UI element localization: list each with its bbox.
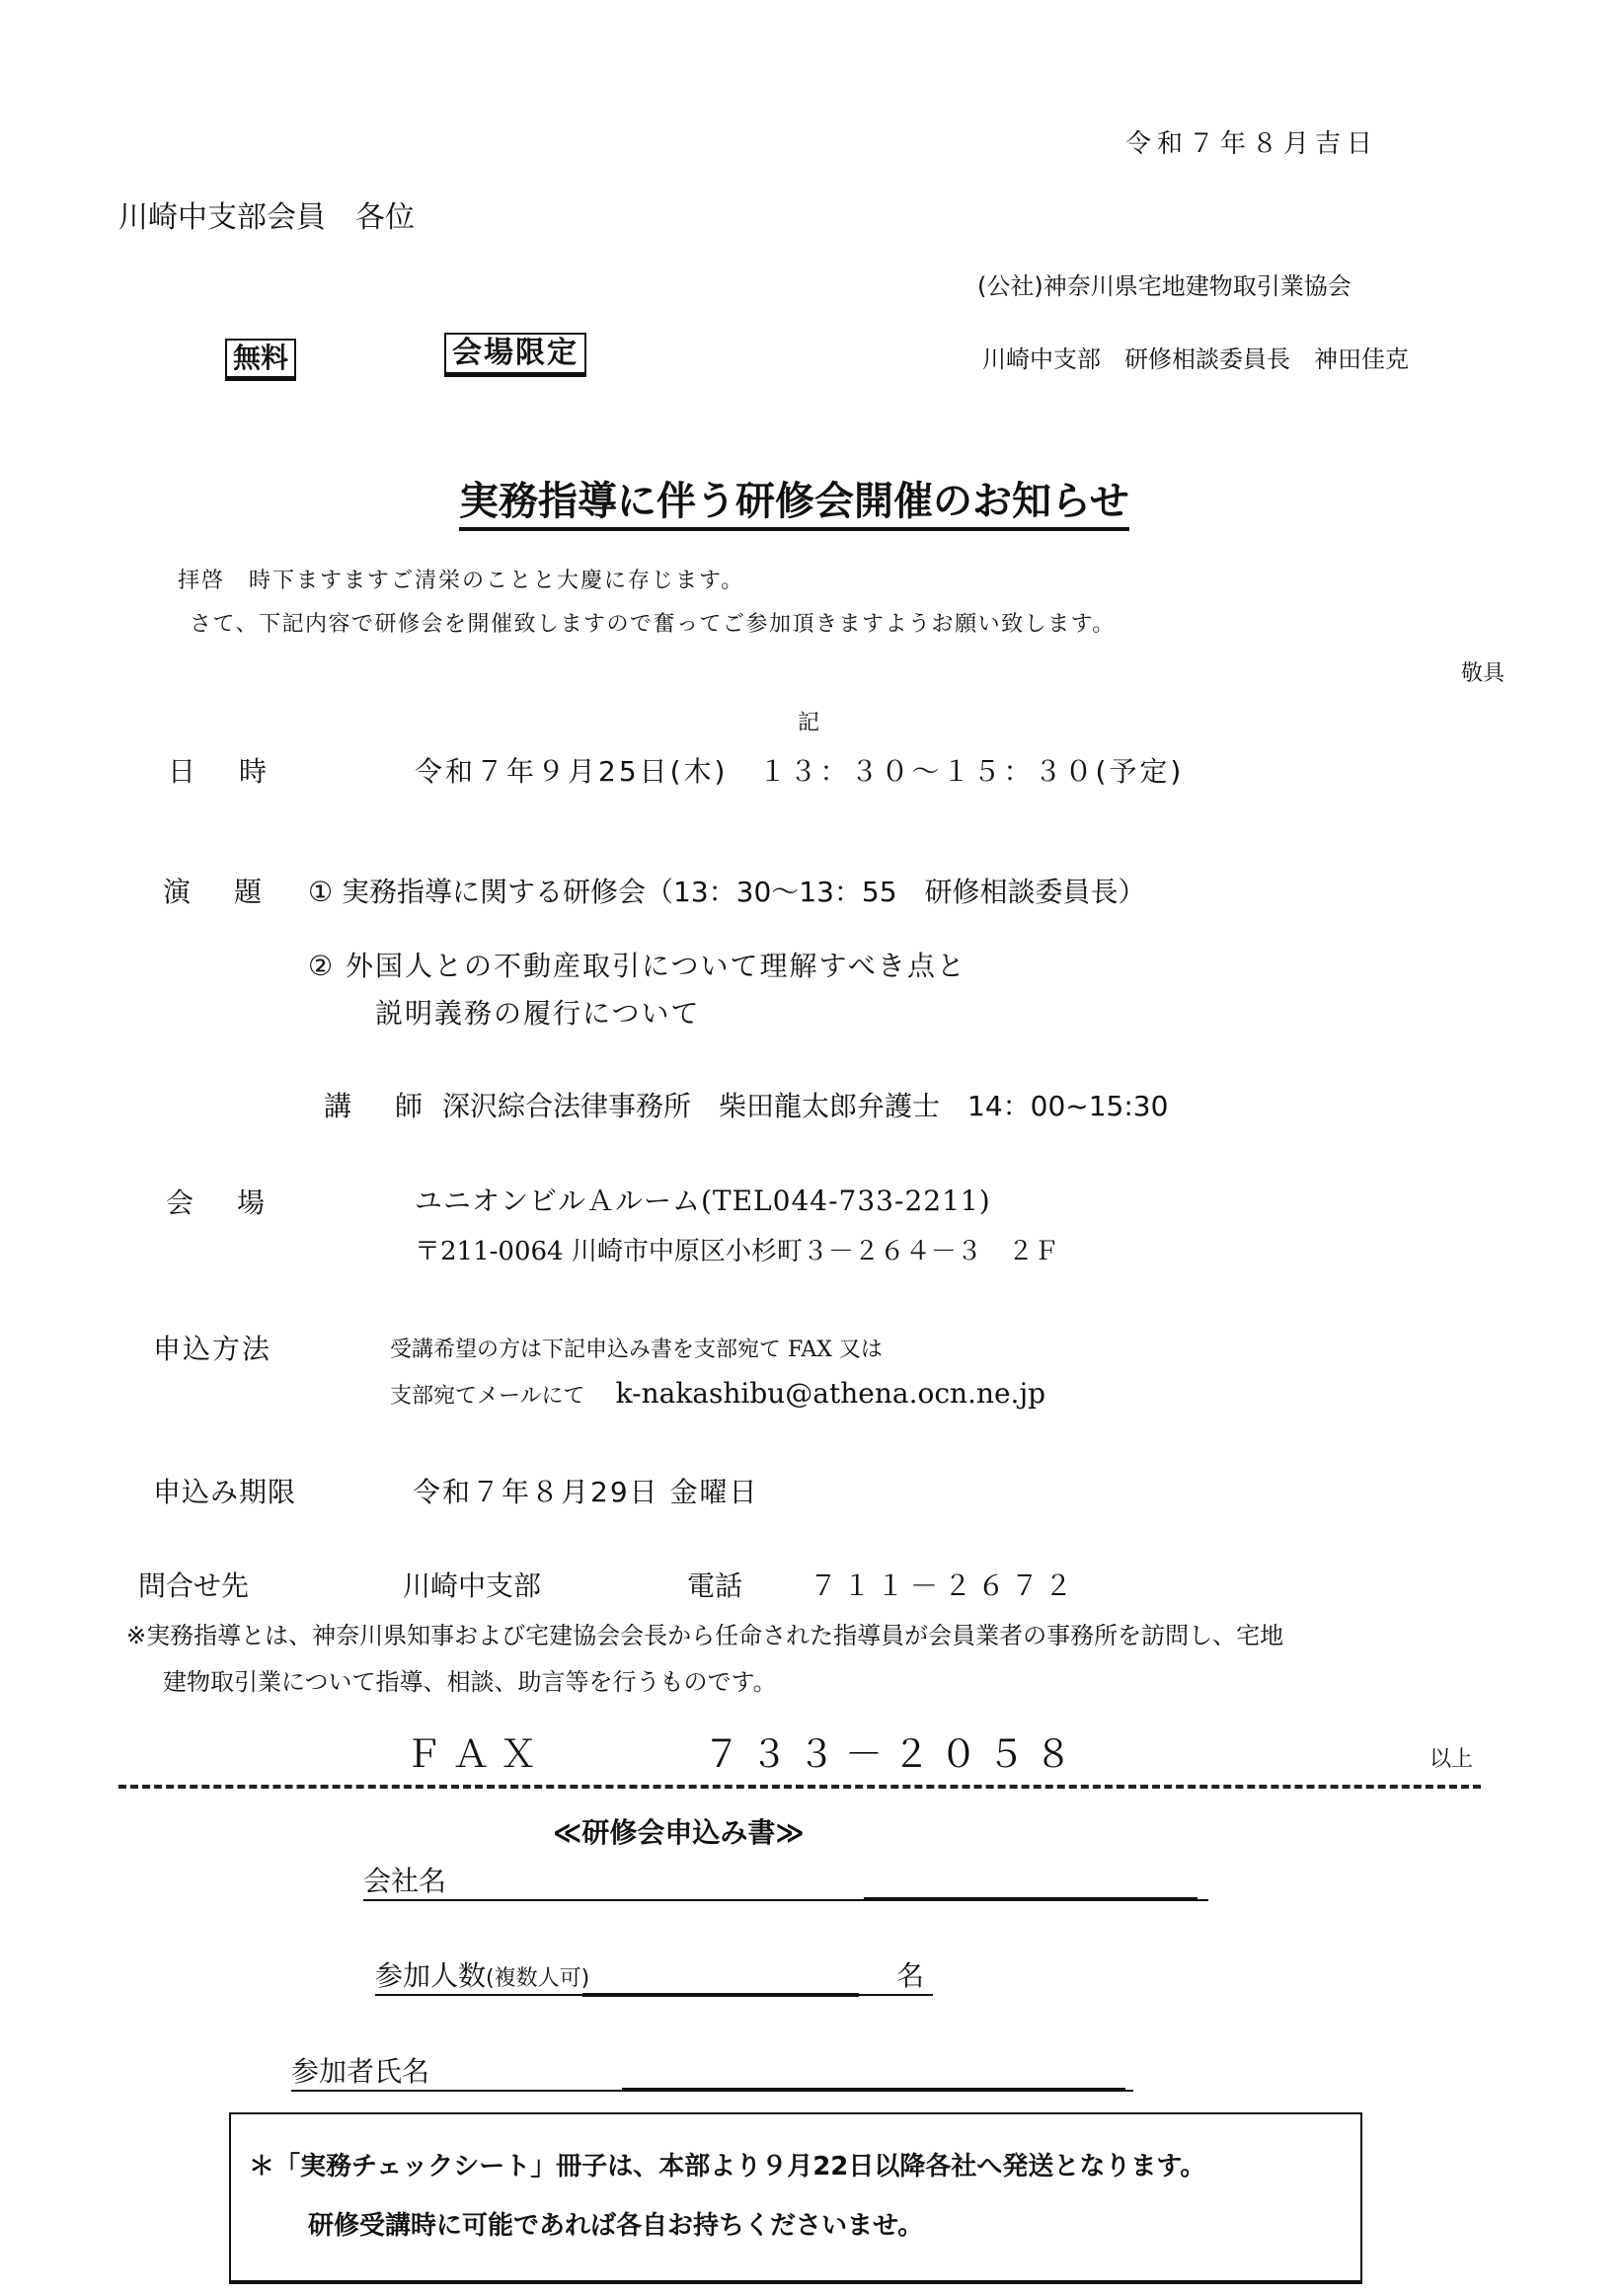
sender-name: 川崎中支部 研修相談委員長 神田佳克 [982,347,1409,371]
free-badge: 無料 [225,339,296,378]
issue-date: 令和７年８月吉日 [1125,131,1378,157]
participant-names-label: 参加者氏名 [291,2055,429,2088]
underline-accent [864,1897,1197,1901]
topics-label: 演 題 [163,879,270,906]
addressee: 川崎中支部会員 各位 [118,203,415,233]
notice-line-1: ＊「実務チェックシート」冊子は、本部より９月22日以降各社へ発送となります。 [249,2154,1205,2180]
greeting-closing: 敬具 [1461,663,1505,685]
apply-method-line-1: 受講希望の方は下記申込み書を支部宛て FAX 又は [390,1339,883,1361]
contact-email-link[interactable]: k-nakashibu@athena.ocn.ne.jp [616,1377,1045,1410]
company-name-label: 会社名 [363,1865,446,1897]
apply-method-prefix: 支部宛てメールにて [390,1384,585,1409]
notice-line-2: 研修受講時に可能であれば各自お持ちくださいませ。 [308,2213,923,2239]
lecturer-label: 講 師 [324,1093,430,1120]
fax-label: ＦＡＸ [405,1735,547,1773]
page-title: 実務指導に伴う研修会開催のお知らせ [459,482,1129,531]
participant-count-note: (複数人可) [486,1966,589,1991]
datetime-value: 令和７年９月25日(木) １３：３０〜１５：３０(予定) [415,758,1184,786]
datetime-label: 日 時 [168,758,274,786]
participant-count-label: 参加人数 [375,1959,486,1992]
fax-number: ７３３－２０５８ [703,1735,1082,1773]
phone-label: 電話 [687,1572,742,1600]
deadline-label: 申込み期限 [153,1479,296,1506]
participant-names-field[interactable]: 参加者氏名 [291,2058,1133,2092]
venue-only-badge: 会場限定 [444,333,586,374]
participant-count-field[interactable]: 参加人数(複数人可)名 [375,1962,933,1996]
organization-name: (公社)神奈川県宅地建物取引業協会 [977,274,1352,298]
topic-2-line-1: ② 外国人との不動産取引について理解すべき点と [308,953,966,980]
note-line-1: ※実務指導とは、神奈川県知事および宅建協会会長から任命された指導員が会員業者の事… [126,1624,1283,1647]
notice-box: ＊「実務チェックシート」冊子は、本部より９月22日以降各社へ発送となります。 研… [229,2112,1362,2284]
topic-1: ① 実務指導に関する研修会（13：30〜13：55 研修相談委員長） [308,879,1146,906]
deadline-value: 令和７年８月29日 金曜日 [413,1479,759,1506]
underline-accent [582,1993,859,1997]
venue-name: ユニオンビルＡルーム(TEL044-733-2211) [415,1187,991,1215]
ki-heading: 記 [798,713,819,734]
participant-count-unit: 名 [896,1962,924,1990]
phone-number: ７１１－２６７２ [810,1572,1078,1600]
end-mark: 以上 [1429,1749,1473,1771]
apply-method-label: 申込方法 [153,1336,271,1363]
contact-label: 問合せ先 [138,1572,249,1600]
underline-accent [622,2088,1125,2091]
lecturer-value: 深沢綜合法律事務所 柴田龍太郎弁護士 14：00~15:30 [442,1093,1168,1120]
note-line-2: 建物取引業について指導、相談、助言等を行うものです。 [163,1670,777,1694]
greeting-line-2: さて、下記内容で研修会を開催致しますので奮ってご参加頂きますようお願い致します。 [190,614,1116,636]
venue-label: 会 場 [166,1189,272,1217]
form-title: ≪研修会申込み書≫ [553,1819,805,1847]
company-name-field[interactable]: 会社名 [363,1868,1208,1901]
apply-method-line-2: 支部宛てメールにて k-nakashibu@athena.ocn.ne.jp [390,1380,1045,1408]
contact-branch: 川崎中支部 [403,1572,541,1600]
topic-2-line-2: 説明義務の履行について [375,1000,700,1028]
venue-address: 〒211-0064 川崎市中原区小杉町３－２６４－３ ２Ｆ [415,1239,1059,1264]
greeting-line-1: 拝啓 時下ますますご清栄のことと大慶に存じます。 [178,571,744,592]
cut-line-divider [118,1785,1481,1789]
